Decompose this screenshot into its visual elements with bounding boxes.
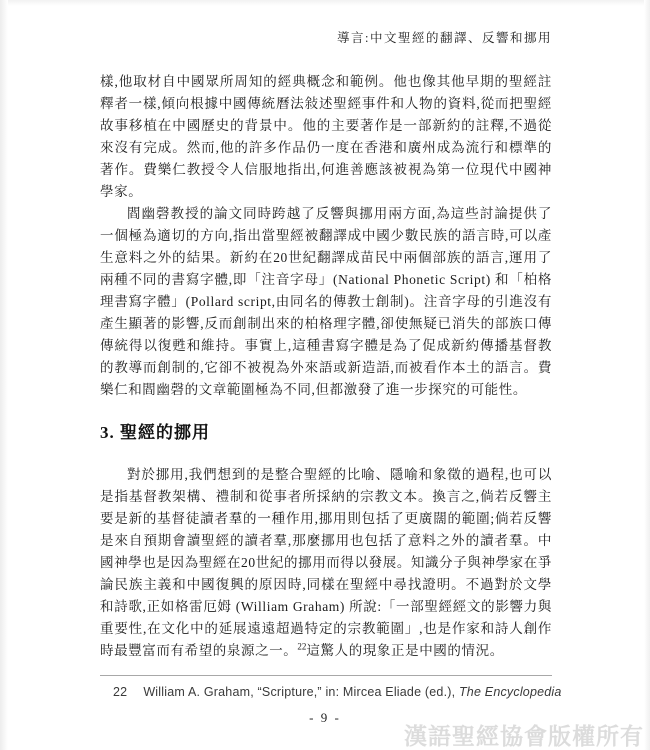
publisher-watermark: 漢語聖經協會版權所有	[404, 718, 644, 750]
page-edge-right	[644, 0, 650, 750]
paragraph-appropriation-closing: 這驚人的現象正是中國的情況。	[306, 643, 503, 658]
footnote-22: 22William A. Graham, “Scripture,” in: Mi…	[113, 685, 565, 699]
book-page: { "header": { "running_title": "導言:中文聖經的…	[0, 0, 650, 750]
section-heading-appropriation: 3. 聖經的挪用	[100, 418, 552, 443]
paragraph-yan-youqing: 閻幽磬教授的論文同時跨越了反響與挪用兩方面,為這些討論提供了一個極為適切的方向,…	[100, 203, 552, 401]
footnote-citation-title: The Encyclopedia	[459, 685, 562, 699]
body-text-block: 樣,他取材自中國眾所周知的經典概念和範例。他也像其他早期的聖經註釋者一樣,傾向根…	[100, 71, 552, 662]
paragraph-appropriation: 對於挪用,我們想到的是整合聖經的比喻、隱喻和象徵的過程,也可以是指基督教架構、禮…	[100, 464, 552, 662]
page-edge-left	[0, 0, 8, 750]
footnote-number: 22	[113, 685, 127, 699]
footnote-citation-text: William A. Graham, “Scripture,” in: Mirc…	[143, 685, 459, 699]
running-title: 導言:中文聖經的翻譯、反響和挪用	[337, 28, 552, 46]
page-edge-top	[0, 0, 650, 6]
paragraph-appropriation-text: 對於挪用,我們想到的是整合聖經的比喻、隱喻和象徵的過程,也可以是指基督教架構、禮…	[100, 467, 552, 658]
paragraph-continuation: 樣,他取材自中國眾所周知的經典概念和範例。他也像其他早期的聖經註釋者一樣,傾向根…	[100, 71, 552, 203]
footnote-separator-rule	[100, 675, 552, 676]
